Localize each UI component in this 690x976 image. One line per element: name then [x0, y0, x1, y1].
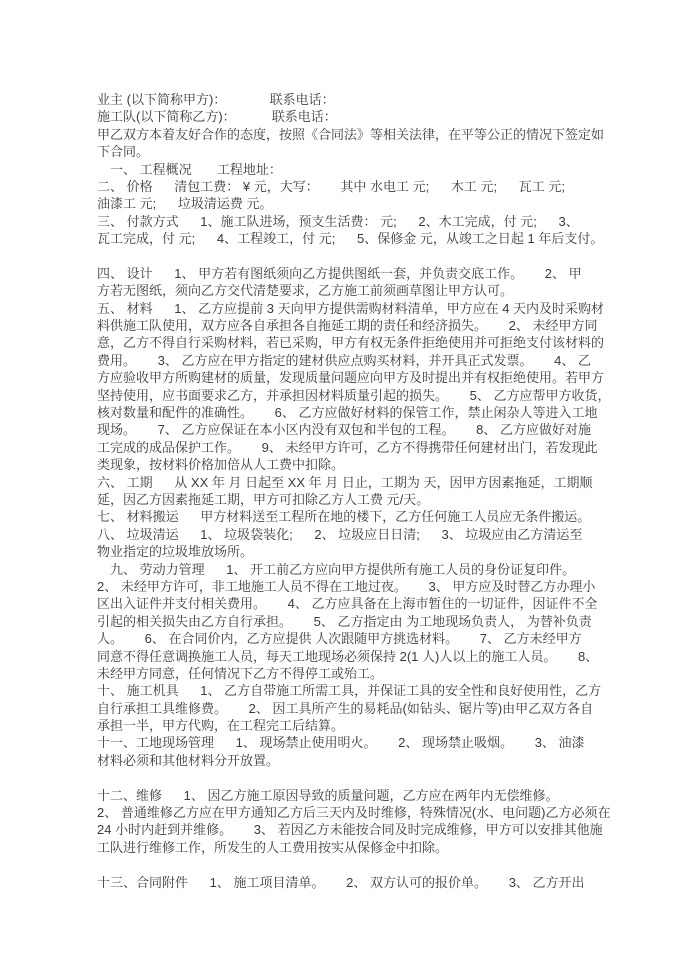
document-text-line: 七、 材料搬运 甲方材料送至工程所在地的楼下，乙方任何施工人员应无条件搬运。: [97, 508, 597, 525]
document-text-line: 区出入证件并支付相关费用。 4、 乙方应具备在上海市暂住的一切证件，因证件不全: [97, 595, 597, 612]
blank-line: [97, 248, 597, 265]
blank-line: [97, 769, 597, 786]
contract-document-body: 业主 (以下简称甲方)： 联系电话：施工队(以下简称乙方)： 联系电话：甲乙双方…: [97, 91, 597, 891]
document-text-line: 费用。 3、 乙方应在甲方指定的建材供应点购买材料，并开具正式发票。 4、 乙: [97, 352, 597, 369]
document-text-line: 三、 付款方式 1、施工队进场，预支生活费： 元; 2、木工完成，付 元; 3、: [97, 213, 597, 230]
document-text-line: 六、 工期 从 XX 年 月 日起至 XX 年 月 日止，工期为 天，因甲方因素…: [97, 474, 597, 491]
document-text-line: 方若无图纸，须向乙方交代清楚要求，乙方施工前须画草图让甲方认可。: [97, 282, 597, 299]
document-text-line: 八、 垃圾清运 1、 垃圾袋装化; 2、 垃圾应日日清; 3、 垃圾应由乙方清运…: [97, 526, 597, 543]
document-text-line: 现场。 7、 乙方应保证在本小区内没有双包和半包的工程。 8、 乙方应做好对施: [97, 421, 597, 438]
document-text-line: 油漆工 元; 垃圾清运费 元。: [97, 195, 597, 212]
document-text-line: 引起的相关损失由乙方自行承担。 5、 乙方指定由 为工地现场负责人， 为替补负责: [97, 613, 597, 630]
document-text-line: 承担一半，甲方代购，在工程完工后结算。: [97, 717, 597, 734]
document-text-line: 方应验收甲方所购建材的质量，发现质量问题应向甲方及时提出并有权拒绝使用。若甲方: [97, 369, 597, 386]
document-text-line: 料供施工队使用，双方应各自承担各自拖延工期的责任和经济损失。 2、 未经甲方同: [97, 317, 597, 334]
document-text-line: 核对数量和配件的准确性。 6、 乙方应做好材料的保管工作，禁止闲杂人等进入工地: [97, 404, 597, 421]
document-text-line: 2、 未经甲方许可，非工地施工人员不得在工地过夜。 3、 甲方应及时替乙方办理小: [97, 578, 597, 595]
document-text-line: 工完成的成品保护工作。 9、 未经甲方许可，乙方不得携带任何建材出门，若发现此: [97, 439, 597, 456]
document-text-line: 十、 施工机具 1、 乙方自带施工所需工具，并保证工具的安全性和良好使用性，乙方: [97, 682, 597, 699]
document-text-line: 业主 (以下简称甲方)： 联系电话：: [97, 91, 597, 108]
document-text-line: 材料必须和其他材料分开放置。: [97, 752, 597, 769]
document-text-line: 工队进行维修工作，所发生的人工费用按实从保修金中扣除。: [97, 839, 597, 856]
document-text-line: 同意不得任意调换施工人员，每天工地现场必须保持 2(1 人)人以上的施工人员。 …: [97, 648, 597, 665]
document-text-line: 一、 工程概况 工程地址：: [97, 161, 597, 178]
document-text-line: 延，因乙方因素拖延工期，甲方可扣除乙方人工费 元/天。: [97, 491, 597, 508]
document-text-line: 九、 劳动力管理 1、 开工前乙方应向甲方提供所有施工人员的身份证复印件。: [97, 561, 597, 578]
blank-line: [97, 856, 597, 873]
document-text-line: 十三、合同附件 1、 施工项目清单。 2、 双方认可的报价单。 3、 乙方开出: [97, 874, 597, 891]
document-text-line: 四、 设计 1、 甲方若有图纸须向乙方提供图纸一套，并负责交底工作。 2、 甲: [97, 265, 597, 282]
document-text-line: 物业指定的垃圾堆放场所。: [97, 543, 597, 560]
document-text-line: 瓦工完成，付 元; 4、工程竣工，付 元; 5、保修金 元，从竣工之日起 1 年…: [97, 230, 597, 247]
document-text-line: 十一、工地现场管理 1、 现场禁止使用明火。 2、 现场禁止吸烟。 3、 油漆: [97, 734, 597, 751]
document-text-line: 类现象，按材料价格加倍从人工费中扣除。: [97, 456, 597, 473]
document-text-line: 未经甲方同意，任何情况下乙方不得停工或殆工。: [97, 665, 597, 682]
document-text-line: 五、 材料 1、 乙方应提前 3 天向甲方提供需购材料清单，甲方应在 4 天内及…: [97, 300, 597, 317]
document-text-line: 2、 普通维修乙方应在甲方通知乙方后三天内及时维修，特殊情况(水、电问题)乙方必…: [97, 804, 597, 821]
document-text-line: 施工队(以下简称乙方)： 联系电话：: [97, 108, 597, 125]
document-text-line: 自行承担工具维修费。 2、 因工具所产生的易耗品(如钻头、锯片等)由甲乙双方各自: [97, 700, 597, 717]
document-text-line: 意，乙方不得自行采购材料，若已采购，甲方有权无条件拒绝使用并可拒绝支付该材料的: [97, 334, 597, 351]
document-text-line: 甲乙双方本着友好合作的态度，按照《合同法》等相关法律，在平等公正的情况下签定如: [97, 126, 597, 143]
document-text-line: 十二、维修 1、 因乙方施工原因导致的质量问题，乙方应在两年内无偿维修。: [97, 787, 597, 804]
document-text-line: 下合同。: [97, 143, 597, 160]
document-text-line: 坚持使用，应书面要求乙方，并承担因材料质量引起的损失。 5、 乙方应帮甲方收货，: [97, 387, 597, 404]
page: { "page": { "background": "#ffffff", "te…: [0, 0, 690, 976]
document-text-line: 24 小时内赶到并维修。 3、 若因乙方未能按合同及时完成维修，甲方可以安排其他…: [97, 821, 597, 838]
document-text-line: 人。 6、 在合同价内，乙方应提供 人次跟随甲方挑选材料。 7、 乙方未经甲方: [97, 630, 597, 647]
document-text-line: 二、 价格 清包工费： ¥ 元，大写： 其中 水电工 元; 木工 元; 瓦工 元…: [97, 178, 597, 195]
